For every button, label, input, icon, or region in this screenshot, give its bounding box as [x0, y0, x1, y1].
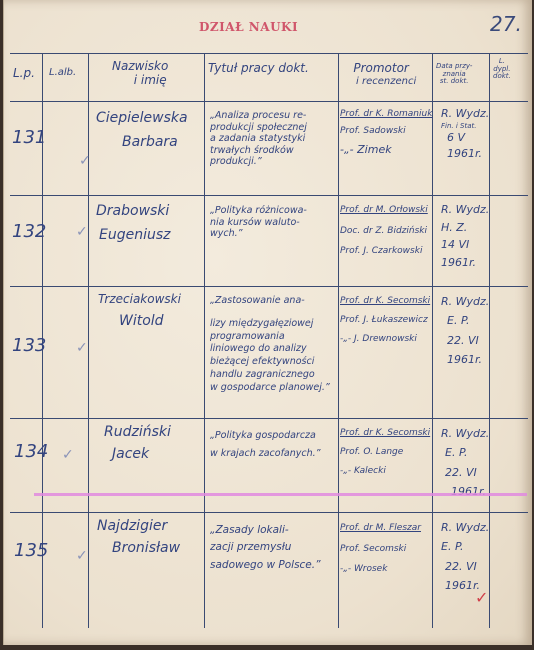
- date-line: H. Z.: [441, 219, 489, 237]
- row-supervisors: Prof. dr M. Orłowski Doc. dr Z. Bidzińsk…: [340, 200, 428, 262]
- row-degree-date: R. Wydz. Fin. i Stat. 6 V 1961r.: [441, 106, 489, 163]
- title-line: bieżącej efektywności: [210, 356, 330, 369]
- row-supervisors: Prof. dr K. Secomski Prof. O. Lange -„- …: [340, 424, 430, 481]
- reviewer: Prof. O. Lange: [340, 443, 430, 462]
- header-date: Data przy- znania st. dokt.: [436, 63, 472, 86]
- row-degree-date: R. Wydz. E. P. 22. VI 1961r.: [441, 518, 489, 595]
- promotor: Prof. dr K. Secomski: [340, 424, 430, 443]
- row-surname: Rudziński: [104, 424, 171, 440]
- red-check-mark-icon: ✓: [475, 588, 488, 607]
- row-first-name: Bronisław: [112, 540, 180, 556]
- header-promotor-line2: i recenzenci: [346, 76, 416, 88]
- approval-check: ✓: [76, 548, 88, 564]
- date-line: 1961r.: [441, 254, 489, 272]
- reviewer: -„- Kalecki: [340, 462, 430, 481]
- date-line: 22. VI: [441, 557, 489, 576]
- reviewer: -„- Wrosek: [340, 559, 421, 580]
- title-line: programowania: [210, 331, 330, 344]
- row-degree-date: R. Wydz. E. P. 22. VI 1961r.: [441, 424, 489, 501]
- ledger-page: DZIAŁ NAUKI 27. L.p. L.alb. Nazwisko i i…: [3, 0, 532, 645]
- title-line: „Zasady lokali-: [210, 522, 321, 539]
- row-supervisors: Prof. dr K. Secomski Prof. J. Łukaszewic…: [340, 292, 430, 349]
- title-line: lizy międzygałęziowej: [210, 318, 330, 331]
- title-line: handlu zagranicznego: [210, 369, 330, 382]
- title-line: sadowego w Polsce.”: [210, 557, 321, 574]
- reviewer: Prof. J. Czarkowski: [340, 241, 428, 262]
- title-line: „Analiza procesu re-: [210, 110, 307, 122]
- date-line: 1961r.: [441, 146, 489, 163]
- reviewer: -„- Zimek: [340, 140, 432, 161]
- header-date-line3: st. dokt.: [436, 78, 472, 86]
- date-line: 1961r.: [441, 482, 489, 501]
- date-line: R. Wydz.: [441, 424, 489, 443]
- promotor: Prof. dr M. Fleszar: [340, 518, 421, 539]
- row-degree-date: R. Wydz. E. P. 22. VI 1961r.: [441, 292, 489, 369]
- title-line: trwałych środków: [210, 145, 307, 157]
- title-line: liniowego do analizy: [210, 343, 330, 356]
- row-lp: 133: [12, 336, 46, 357]
- row-lp: 131: [12, 128, 46, 149]
- date-line: R. Wydz.: [441, 106, 489, 123]
- date-line: 14 VI: [441, 236, 489, 254]
- row-lp: 132: [12, 222, 46, 243]
- date-line: Fin. i Stat.: [441, 123, 489, 130]
- promotor: Prof. dr M. Orłowski: [340, 200, 428, 221]
- row-surname: Najdzigier: [97, 518, 167, 534]
- row-lp: 135: [14, 541, 48, 562]
- row-thesis-title: „Zastosowanie ana- lizy międzygałęziowej…: [210, 295, 330, 395]
- reviewer: Prof. Sadowski: [340, 123, 432, 140]
- reviewer: Prof. Secomski: [340, 539, 421, 560]
- col-rule-2: [88, 53, 89, 628]
- row-surname: Drabowski: [96, 203, 169, 219]
- reviewer: -„- J. Drewnowski: [340, 330, 430, 349]
- date-line: E. P.: [441, 311, 489, 330]
- date-line: R. Wydz.: [441, 292, 489, 311]
- promotor: Prof. dr K. Romaniuk: [340, 106, 432, 123]
- row-supervisors: Prof. dr K. Romaniuk Prof. Sadowski -„- …: [340, 106, 432, 161]
- approval-check: ✓: [76, 340, 88, 356]
- row-lp: 134: [14, 442, 48, 463]
- row-first-name: Barbara: [122, 134, 178, 150]
- header-promotor: Promotor i recenzenci: [346, 62, 416, 87]
- date-line: E. P.: [441, 443, 489, 462]
- col-rule-3: [204, 53, 205, 628]
- title-line: „Polityka różnicowa-: [210, 205, 307, 217]
- header-lalb: L.alb.: [49, 67, 76, 79]
- reviewer: Doc. dr Z. Bidziński: [340, 221, 428, 242]
- title-line: w krajach zacofanych.”: [210, 445, 321, 463]
- date-line: R. Wydz.: [441, 201, 489, 219]
- header-diploma: L. dypl. dokt.: [493, 58, 511, 81]
- approval-check: ✓: [76, 224, 88, 240]
- row-supervisors: Prof. dr M. Fleszar Prof. Secomski -„- W…: [340, 518, 421, 580]
- row-thesis-title: „Polityka gospodarcza w krajach zacofany…: [210, 427, 321, 463]
- title-line: a zadania statystyki: [210, 133, 307, 145]
- page-number: 27.: [490, 12, 522, 36]
- date-line: 6 V: [441, 130, 489, 147]
- row-surname: Trzeciakowski: [98, 293, 181, 307]
- row-thesis-title: „Polityka różnicowa- nia kursów waluto- …: [210, 205, 307, 240]
- date-line: 1961r.: [441, 350, 489, 369]
- title-line: nia kursów waluto-: [210, 217, 307, 229]
- header-lp: L.p.: [13, 67, 35, 81]
- department-stamp: DZIAŁ NAUKI: [199, 20, 298, 34]
- date-line: 22. VI: [441, 331, 489, 350]
- highlighter-line: [34, 493, 527, 496]
- col-rule-4: [338, 53, 339, 628]
- header-diploma-line3: dokt.: [493, 73, 511, 81]
- header-title: Tytuł pracy dokt.: [208, 62, 309, 76]
- title-line: zacji przemysłu: [210, 539, 321, 556]
- date-line: R. Wydz.: [441, 518, 489, 537]
- row-thesis-title: „Zasady lokali- zacji przemysłu sadowego…: [210, 522, 321, 574]
- header-name-line2: i imię: [112, 74, 168, 88]
- title-line: produkcji społecznej: [210, 122, 307, 134]
- row-thesis-title: „Analiza procesu re- produkcji społeczne…: [210, 110, 307, 168]
- header-name-line1: Nazwisko: [112, 60, 168, 74]
- title-line: w gospodarce planowej.”: [210, 382, 330, 395]
- row-first-name: Eugeniusz: [99, 227, 171, 243]
- date-line: E. P.: [441, 537, 489, 556]
- title-line: „Zastosowanie ana-: [210, 295, 330, 308]
- date-line: 22. VI: [441, 463, 489, 482]
- header-name: Nazwisko i imię: [112, 60, 168, 88]
- promotor: Prof. dr K. Secomski: [340, 292, 430, 311]
- row-first-name: Witold: [119, 313, 164, 329]
- title-line: produkcji.”: [210, 156, 307, 168]
- title-line: „Polityka gospodarcza: [210, 427, 321, 445]
- header-promotor-line1: Promotor: [346, 62, 416, 76]
- reviewer: Prof. J. Łukaszewicz: [340, 311, 430, 330]
- approval-check: ✓: [62, 447, 74, 463]
- row-first-name: Jacek: [112, 446, 149, 462]
- title-line: wych.”: [210, 228, 307, 240]
- row-degree-date: R. Wydz. H. Z. 14 VI 1961r.: [441, 201, 489, 271]
- approval-check: ✓: [79, 153, 91, 169]
- row-surname: Ciepielewska: [96, 110, 188, 126]
